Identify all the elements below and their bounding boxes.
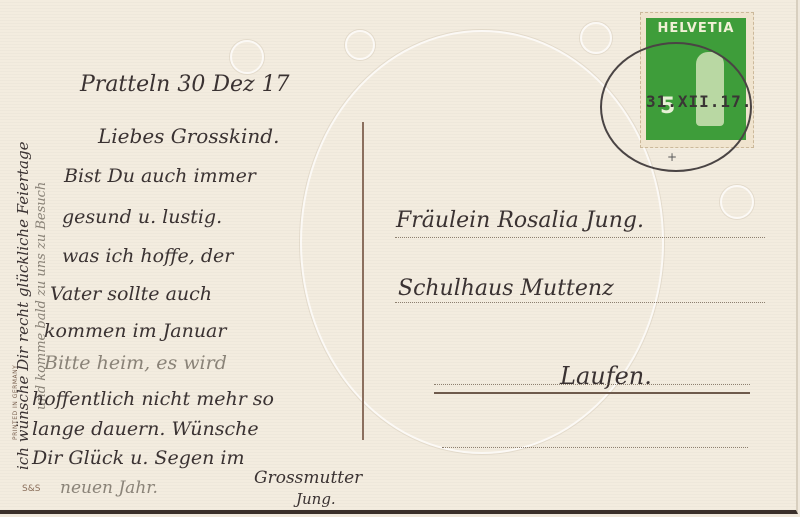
message-line: Bitte heim, es wird [44,352,227,374]
message-line: neuen Jahr. [60,478,158,498]
embossed-flower [580,22,612,54]
embossed-flower [720,185,754,219]
signature-line2: Jung. [296,490,336,508]
stamp-country: HELVETIA [646,21,746,36]
message-line: gesund u. lustig. [62,206,222,228]
address-line2: Schulhaus Muttenz [398,276,614,301]
greeting: Liebes Grosskind. [98,124,279,148]
address-rule [434,384,750,385]
message-line: hoffentlich nicht mehr so [32,388,274,410]
message-line: Bist Du auch immer [64,165,256,187]
message-line: was ich hoffe, der [62,245,233,267]
address-rule [395,237,765,238]
address-rule [442,447,748,448]
address-line3: Laufen. [560,362,652,390]
message-address-divider [362,122,364,440]
signature-line1: Grossmutter [254,468,362,488]
message-line: kommen im Januar [44,320,226,342]
swiss-cross-icon: + [667,150,677,164]
address-rule [395,302,765,303]
address-line1: Fräulein Rosalia Jung. [396,208,644,233]
place-date: Pratteln 30 Dez 17 [80,72,290,97]
embossed-flower [230,40,264,74]
postcard: HELVETIA 5 31.XII.17. + ich wünsche Dir … [0,0,798,514]
message-line: lange dauern. Wünsche [32,418,259,440]
margin-note-second: und komme bald zu uns zu Besuch [34,182,49,410]
message-line: Dir Glück u. Segen im [32,447,244,469]
publisher-logo: S&S [22,484,40,494]
address-underline [434,392,750,394]
message-line: Vater sollte auch [50,283,212,305]
postmark-date: 31.XII.17. [646,92,752,111]
embossed-flower [345,30,375,60]
printed-in-germany: PRINTED IN GERMANY [12,365,19,440]
margin-note-line2: und komme bald zu uns zu Besuch [34,182,49,410]
